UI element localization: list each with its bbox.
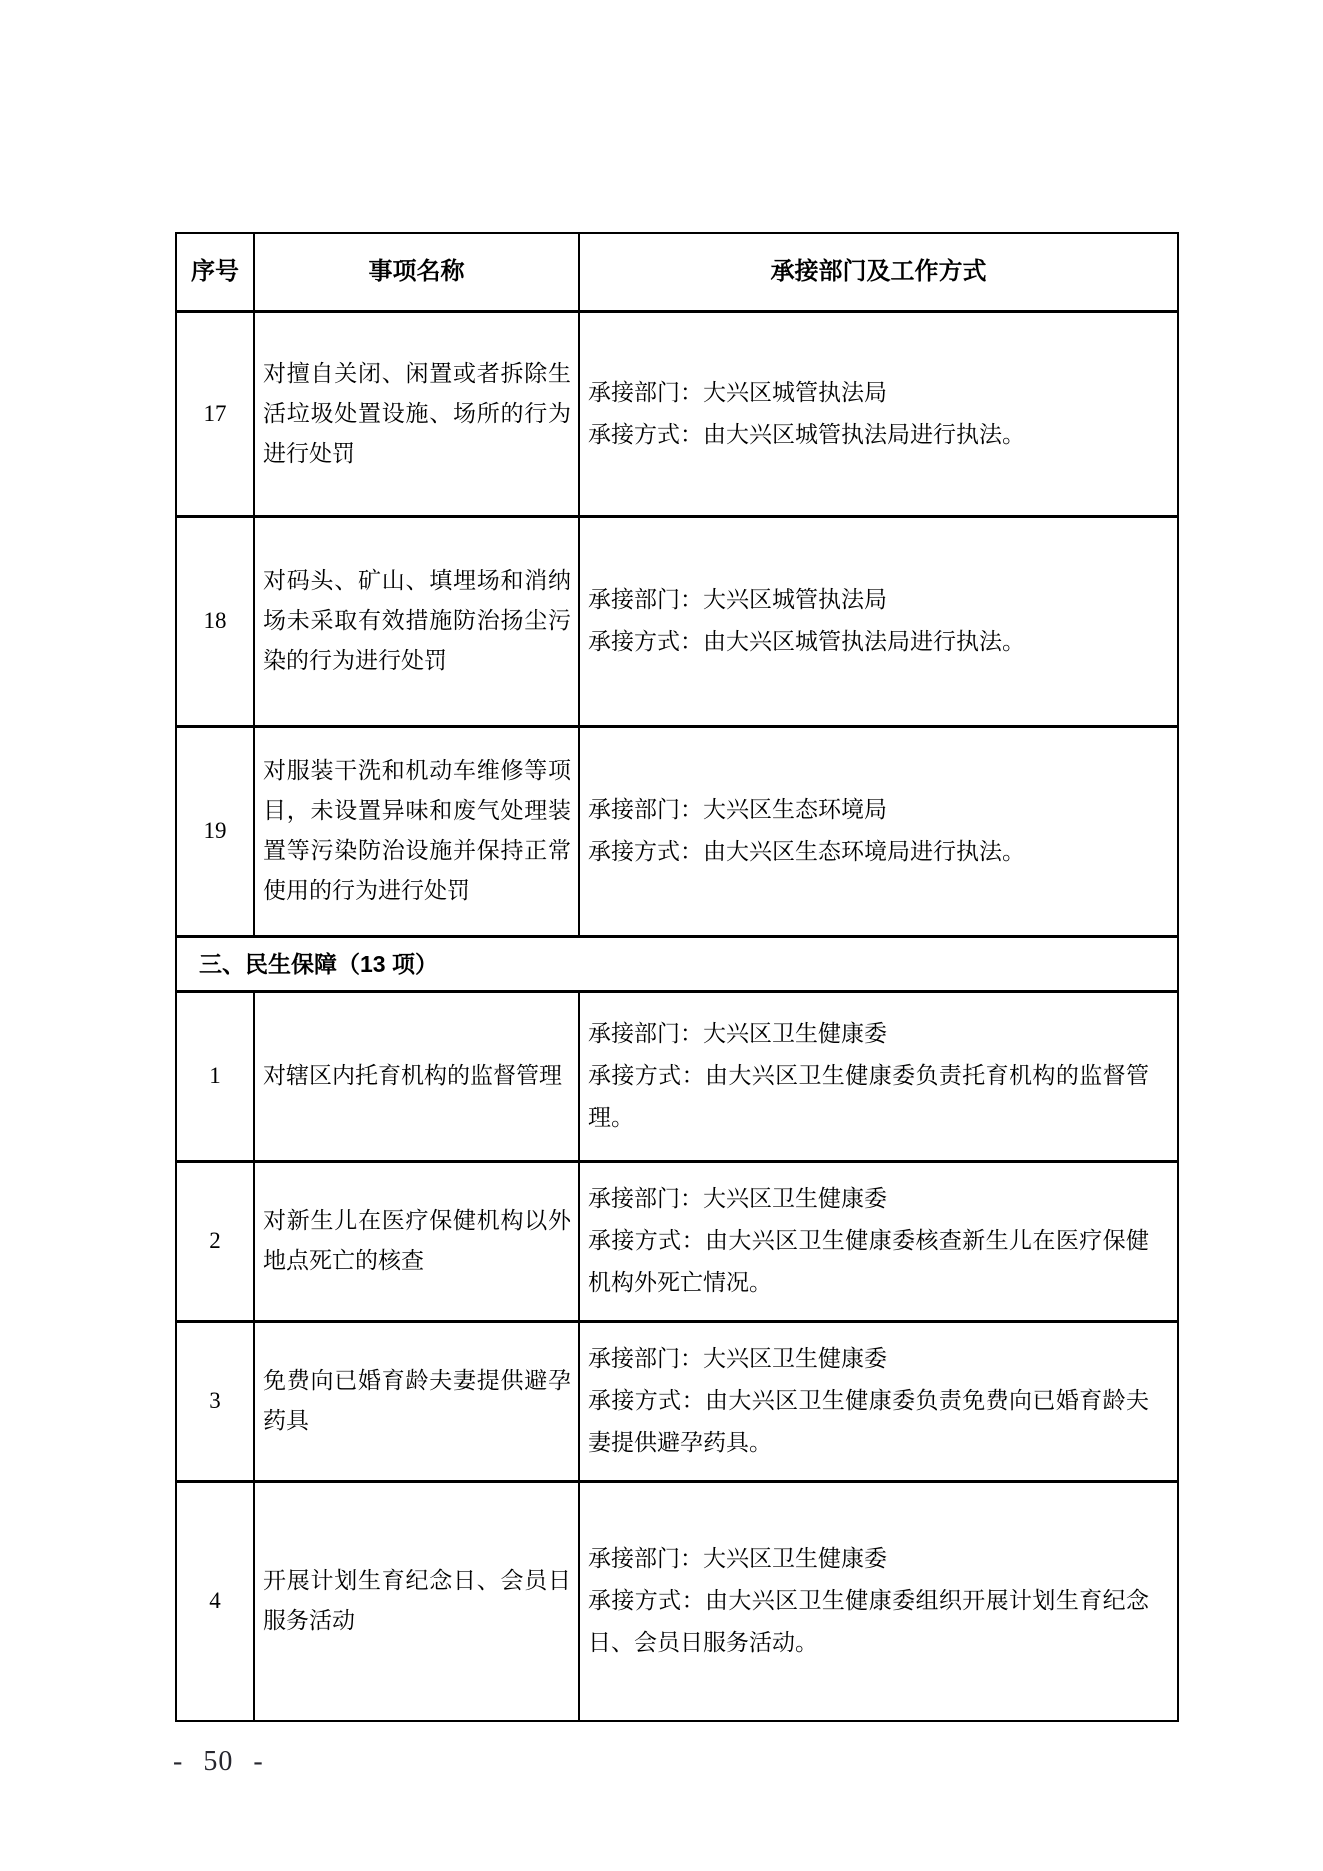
table-row: 17 对擅自关闭、闲置或者拆除生活垃圾处置设施、场所的行为进行处罚 承接部门：大… — [176, 311, 1178, 516]
column-header-item-name: 事项名称 — [254, 233, 579, 311]
row-number: 4 — [176, 1481, 254, 1721]
item-name: 对服装干洗和机动车维修等项目，未设置异味和废气处理装置等污染防治设施并保持正常使… — [263, 751, 571, 911]
undertaking-department: 承接部门：大兴区卫生健康委 — [588, 1538, 1149, 1580]
undertaking-method: 承接方式：由大兴区卫生健康委组织开展计划生育纪念日、会员日服务活动。 — [588, 1580, 1149, 1664]
undertaking-method: 承接方式：由大兴区生态环境局进行执法。 — [588, 831, 1149, 873]
document-page: 序号 事项名称 承接部门及工作方式 17 对擅自关闭、闲置或者拆除生活垃圾处置设… — [0, 0, 1323, 1871]
undertaking-department: 承接部门：大兴区卫生健康委 — [588, 1178, 1149, 1220]
item-name: 免费向已婚育龄夫妻提供避孕药具 — [263, 1361, 571, 1441]
row-number: 2 — [176, 1161, 254, 1321]
table-header-row: 序号 事项名称 承接部门及工作方式 — [176, 233, 1178, 311]
section-header: 三、民生保障（13 项） — [176, 936, 1178, 991]
column-header-no: 序号 — [176, 233, 254, 311]
undertaking-department: 承接部门：大兴区卫生健康委 — [588, 1338, 1149, 1380]
undertaking-department: 承接部门：大兴区卫生健康委 — [588, 1013, 1149, 1055]
undertaking-department: 承接部门：大兴区城管执法局 — [588, 579, 1149, 621]
table-row: 3 免费向已婚育龄夫妻提供避孕药具 承接部门：大兴区卫生健康委 承接方式：由大兴… — [176, 1321, 1178, 1481]
undertaking-method: 承接方式：由大兴区城管执法局进行执法。 — [588, 621, 1149, 663]
undertaking-department: 承接部门：大兴区生态环境局 — [588, 789, 1149, 831]
undertaking-method: 承接方式：由大兴区卫生健康委负责托育机构的监督管理。 — [588, 1055, 1149, 1139]
page-number: - 50 - — [173, 1746, 264, 1778]
item-name: 对新生儿在医疗保健机构以外地点死亡的核查 — [263, 1201, 571, 1281]
table-row: 18 对码头、矿山、填埋场和消纳场未采取有效措施防治扬尘污染的行为进行处罚 承接… — [176, 516, 1178, 726]
row-number: 18 — [176, 516, 254, 726]
undertaking-method: 承接方式：由大兴区卫生健康委负责免费向已婚育龄夫妻提供避孕药具。 — [588, 1380, 1149, 1464]
column-header-dept-method: 承接部门及工作方式 — [579, 233, 1178, 311]
table-row: 4 开展计划生育纪念日、会员日服务活动 承接部门：大兴区卫生健康委 承接方式：由… — [176, 1481, 1178, 1721]
table-row: 2 对新生儿在医疗保健机构以外地点死亡的核查 承接部门：大兴区卫生健康委 承接方… — [176, 1161, 1178, 1321]
undertaking-method: 承接方式：由大兴区卫生健康委核查新生儿在医疗保健机构外死亡情况。 — [588, 1220, 1149, 1304]
row-number: 3 — [176, 1321, 254, 1481]
item-name: 开展计划生育纪念日、会员日服务活动 — [263, 1561, 571, 1641]
item-name: 对辖区内托育机构的监督管理 — [263, 1056, 571, 1096]
row-number: 19 — [176, 726, 254, 936]
undertaking-method: 承接方式：由大兴区城管执法局进行执法。 — [588, 414, 1149, 456]
items-table: 序号 事项名称 承接部门及工作方式 17 对擅自关闭、闲置或者拆除生活垃圾处置设… — [175, 232, 1179, 1722]
table-row: 1 对辖区内托育机构的监督管理 承接部门：大兴区卫生健康委 承接方式：由大兴区卫… — [176, 991, 1178, 1161]
item-name: 对码头、矿山、填埋场和消纳场未采取有效措施防治扬尘污染的行为进行处罚 — [263, 561, 571, 681]
section-header-row: 三、民生保障（13 项） — [176, 936, 1178, 991]
item-name: 对擅自关闭、闲置或者拆除生活垃圾处置设施、场所的行为进行处罚 — [263, 354, 571, 474]
row-number: 1 — [176, 991, 254, 1161]
table-row: 19 对服装干洗和机动车维修等项目，未设置异味和废气处理装置等污染防治设施并保持… — [176, 726, 1178, 936]
undertaking-department: 承接部门：大兴区城管执法局 — [588, 372, 1149, 414]
row-number: 17 — [176, 311, 254, 516]
